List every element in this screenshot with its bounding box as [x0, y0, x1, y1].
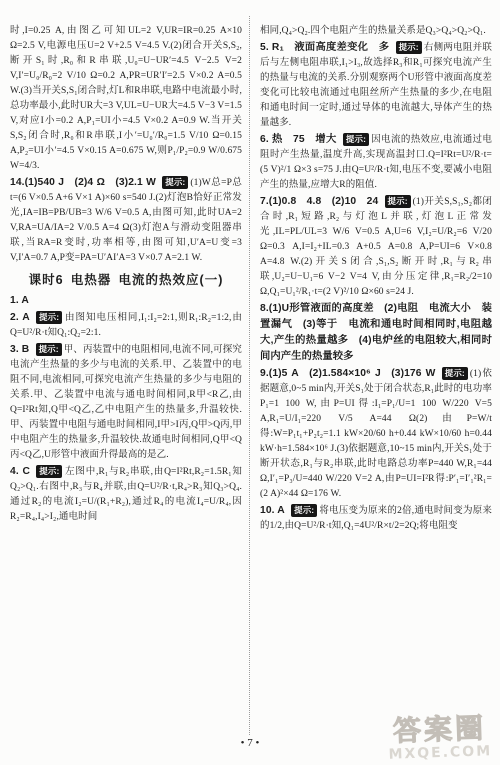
text-segment: 6. 热 75 增大 [260, 134, 342, 145]
hint-badge: 提示: [36, 465, 62, 478]
hint-badge: 提示: [36, 343, 62, 356]
text-segment: 右侧两电阻并联后与左侧电阻串联,I₁>I₃,故选择R₃和R₁可探究电流产生的热量… [260, 43, 492, 128]
solution-paragraph: 时,I=0.25 A,由图乙可知UL=2 V,UR=IR=0.25 A×10 Ω… [10, 24, 242, 174]
hint-badge: 提示: [36, 311, 62, 324]
two-column-layout: 时,I=0.25 A,由图乙可知UL=2 V,UR=IR=0.25 A×10 Ω… [0, 0, 500, 535]
hint-badge: 提示: [385, 195, 411, 208]
text-segment: 3. B [10, 344, 35, 355]
solution-paragraph: 2. A 提示:由图知电压相同,I₁:I₂=2:1,则R₁:R₂=1:2,由Q=… [10, 310, 242, 341]
solution-paragraph: 相同,Q₄>Q₂.四个电阻产生的热量关系是Q₃>Q₄>Q₂>Q₁. [260, 24, 492, 39]
text-segment: (1)依据题意,0~5 min内,开关S₁处于闭合状态,R₁此时的电功率P₁=1… [260, 369, 492, 499]
column-left: 时,I=0.25 A,由图乙可知UL=2 V,UR=IR=0.25 A×10 Ω… [10, 24, 251, 535]
solution-paragraph: 10. A 提示:将电压变为原来的2倍,通电时间变为原来的1/2,由Q=U²/R… [260, 503, 492, 534]
text-segment: 课时6 电热器 电流的热效应(一) [29, 273, 224, 287]
text-segment: 5. R₁ 液面高度差变化 多 [260, 42, 395, 53]
text-segment: 14.(1)540 J (2)4 Ω (3)2.1 W [10, 177, 161, 188]
solution-paragraph: 9.(1)5 A (2)1.584×10⁶ J (3)176 W 提示:(1)依… [260, 366, 492, 502]
section-heading: 课时6 电热器 电流的热效应(一) [10, 273, 242, 288]
page-number: • 7 • [0, 737, 500, 749]
solution-paragraph: 8.(1)U形管液面的高度差 (2)电阻 电流大小 装置漏气 (3)等于 电流和… [260, 301, 492, 365]
solution-paragraph: 14.(1)540 J (2)4 Ω (3)2.1 W 提示:(1)W总=P总t… [10, 175, 242, 266]
solution-paragraph: 3. B 提示:甲、丙装置中的电阻相同,电流不同,可探究电流产生热量的多少与电流… [10, 342, 242, 463]
solution-paragraph: 1. A [10, 293, 242, 309]
column-right: 相同,Q₄>Q₂.四个电阻产生的热量关系是Q₃>Q₄>Q₂>Q₁.5. R₁ 液… [251, 24, 492, 535]
answer-book-page: 时,I=0.25 A,由图乙可知UL=2 V,UR=IR=0.25 A×10 Ω… [0, 0, 500, 765]
text-segment: 1. A [10, 295, 29, 306]
hint-badge: 提示: [396, 41, 422, 54]
text-segment: (1)W总=P总t=(6 V×0.5 A+6 V×1 A)×60 s=540 J… [10, 178, 242, 263]
hint-badge: 提示: [291, 504, 317, 517]
solution-paragraph: 6. 热 75 增大 提示:因电流的热效应,电流通过电阻时产生热量,温度升高,实… [260, 132, 492, 193]
text-segment: 相同,Q₄>Q₂.四个电阻产生的热量关系是Q₃>Q₄>Q₂>Q₁. [260, 26, 486, 36]
text-segment: 2. A [10, 312, 35, 323]
text-segment: (1)开关S,S₁,S₂都闭合时,R₁短路,R₂与灯泡L并联,灯泡L正常发光,I… [260, 197, 492, 297]
solution-paragraph: 7.(1)0.8 4.8 (2)10 24 提示:(1)开关S,S₁,S₂都闭合… [260, 194, 492, 300]
hint-badge: 提示: [442, 367, 468, 380]
column-divider [249, 16, 250, 735]
text-segment: 8.(1)U形管液面的高度差 (2)电阻 电流大小 装置漏气 (3)等于 电流和… [260, 303, 492, 362]
text-segment: 9.(1)5 A (2)1.584×10⁶ J (3)176 W [260, 368, 441, 379]
text-segment: 时,I=0.25 A,由图乙可知UL=2 V,UR=IR=0.25 A×10 Ω… [10, 26, 242, 171]
text-segment: 10. A [260, 505, 290, 516]
text-segment: 4. C [10, 466, 35, 477]
hint-badge: 提示: [162, 176, 188, 189]
solution-paragraph: 5. R₁ 液面高度差变化 多 提示:右侧两电阻并联后与左侧电阻串联,I₁>I₃… [260, 40, 492, 131]
text-segment: 7.(1)0.8 4.8 (2)10 24 [260, 196, 384, 207]
hint-badge: 提示: [343, 133, 369, 146]
solution-paragraph: 4. C 提示:左图中,R₁与R₂串联,由Q=I²Rt,R₂=1.5R₁知Q₂>… [10, 464, 242, 525]
text-segment: 甲、丙装置中的电阻相同,电流不同,可探究电流产生热量的多少与电流的关系.甲、乙装… [10, 345, 242, 460]
